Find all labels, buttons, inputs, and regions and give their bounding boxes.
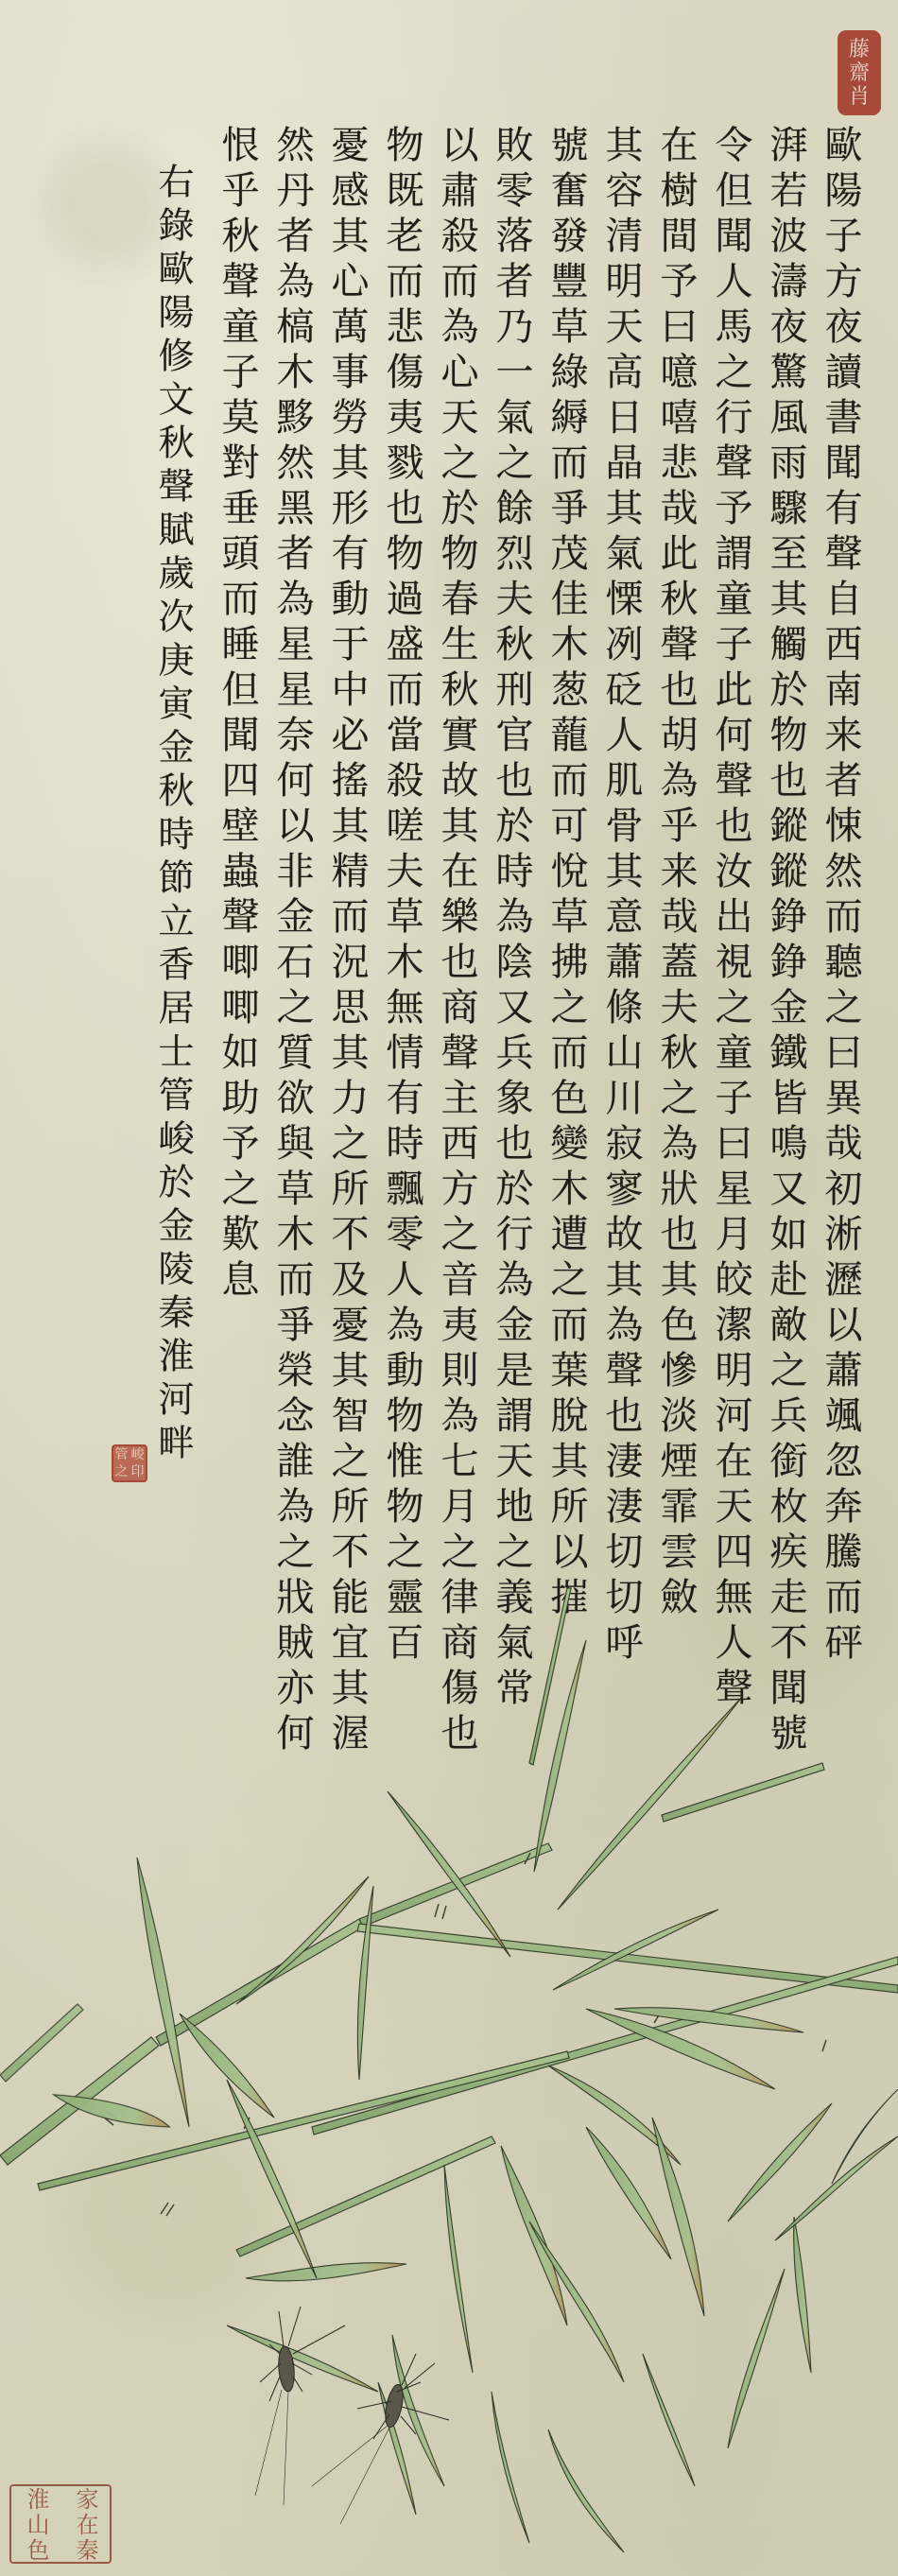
seal-char: 印: [131, 1465, 145, 1478]
calligraphy-text: 歐陽子方夜讀書聞有聲自西南来者悚然而聽之曰異哉初淅瀝以蕭颯忽奔騰而砰 湃若波濤夜…: [146, 125, 868, 1486]
bamboo-leaves: [54, 1640, 898, 2392]
text-column-5: 其容清明天高日晶其氣慄冽砭人肌骨其意蕭條山川寂寥故其為聲也淒淒切切呼: [594, 125, 648, 1486]
seal-top-right: 藤 齋 肖: [838, 30, 881, 115]
text-column-8: 以肅殺而為心天之於物春生秋實故其在樂也商聲主西方之音夷則為七月之律商傷也: [429, 125, 484, 1486]
seal-char: 淮: [25, 2487, 47, 2510]
text-column-7: 敗零落者乃一氣之餘烈夫秋刑官也於時為陰又兵象也於行為金是謂天地之義氣常: [484, 125, 539, 1486]
text-column-2: 湃若波濤夜驚風雨驟至其觸於物也鏦鏦錚錚金鐵皆鳴又如赴敵之兵銜枚疾走不聞號: [758, 125, 813, 1486]
bamboo-illustration: [0, 1560, 898, 2576]
text-column-1: 歐陽子方夜讀書聞有聲自西南来者悚然而聽之曰異哉初淅瀝以蕭颯忽奔騰而砰: [813, 125, 868, 1486]
seal-char: 齋: [849, 63, 870, 84]
bamboo-stalks: [0, 1588, 898, 2256]
text-column-3: 令但聞人馬之行聲予謂童子此何聲也汝出視之童子曰星月皎潔明河在天四無人聲: [703, 125, 758, 1486]
seal-char: 山: [25, 2513, 47, 2535]
seal-char: 管: [115, 1448, 129, 1461]
text-column-11: 然丹者為槁木黟然黑者為星星奈何以非金石之質欲與草木而爭榮念誰為之戕賊亦何: [265, 125, 319, 1486]
seal-char: 峻: [131, 1448, 145, 1461]
seal-char: 肖: [849, 87, 870, 108]
text-column-6: 號奮發豐草綠縟而爭茂佳木葱蘢而可悅草拂之而色變木遭之而葉脫其所以摧: [539, 125, 594, 1486]
seal-bottom-left: 家 在 秦 淮 山 色: [9, 2484, 112, 2564]
bamboo-nodes: [102, 1853, 826, 2216]
scroll-painting: 藤 齋 肖 歐陽子方夜讀書聞有聲自西南来者悚然而聽之曰異哉初淅瀝以蕭颯忽奔騰而砰…: [0, 0, 898, 2576]
cricket-2: [312, 2354, 449, 2524]
cricket-1: [255, 2307, 345, 2505]
colophon-inscription: 右錄歐陽修文秋聲賦歲次庚寅金秋時節立香居士管峻於金陵秦淮河畔: [146, 125, 200, 1486]
text-column-10: 憂感其心萬事勞其形有動于中必搖其精而況思其力之所不及憂其智之所不能宜其渥: [319, 125, 374, 1486]
seal-char: 秦: [74, 2538, 96, 2561]
text-column-9: 物既老而悲傷夷戮也物過盛而當殺嗟夫草木無情有時飄零人為動物惟物之靈百: [374, 125, 429, 1486]
seal-artist: 管 峻 之 印: [112, 1444, 147, 1482]
bamboo-cricket-painting: [0, 1560, 898, 2576]
text-column-12: 恨乎秋聲童子莫對垂頭而睡但聞四壁蟲聲唧唧如助予之歎息: [210, 125, 265, 1486]
seal-char: 在: [74, 2513, 96, 2535]
seal-char: 色: [25, 2538, 47, 2561]
text-column-4: 在樹間予曰噫嘻悲哉此秋聲也胡為乎来哉蓋夫秋之為狀也其色慘淡煙霏雲斂: [648, 125, 703, 1486]
seal-char: 藤: [849, 40, 870, 61]
seal-char: 之: [115, 1465, 129, 1478]
seal-char: 家: [74, 2487, 96, 2510]
